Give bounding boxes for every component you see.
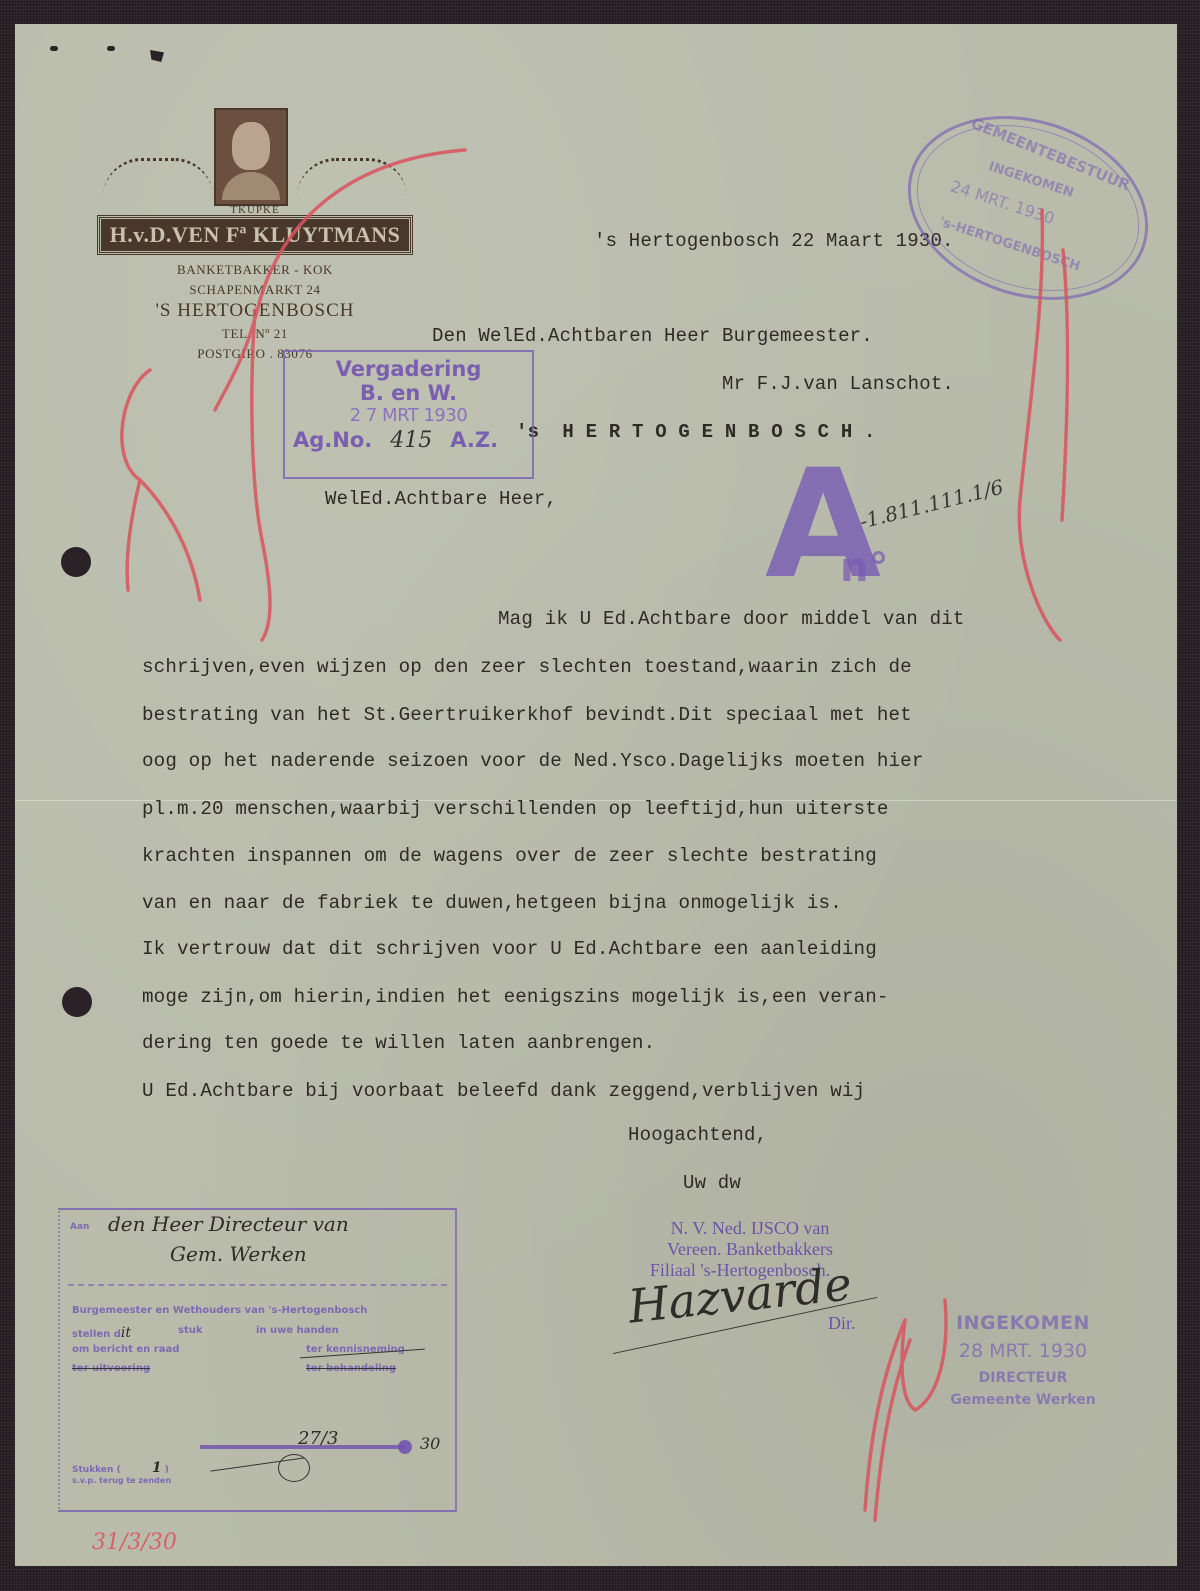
red-pencil-marks — [0, 0, 1200, 1591]
red-pencil-stroke — [1019, 210, 1060, 640]
red-pencil-stroke — [122, 370, 200, 600]
red-pencil-stroke — [127, 480, 140, 590]
red-pencil-stroke — [252, 310, 270, 640]
red-pencil-stroke — [865, 1300, 946, 1510]
red-pencil-stroke — [875, 1340, 910, 1520]
red-pencil-stroke — [1062, 250, 1067, 520]
